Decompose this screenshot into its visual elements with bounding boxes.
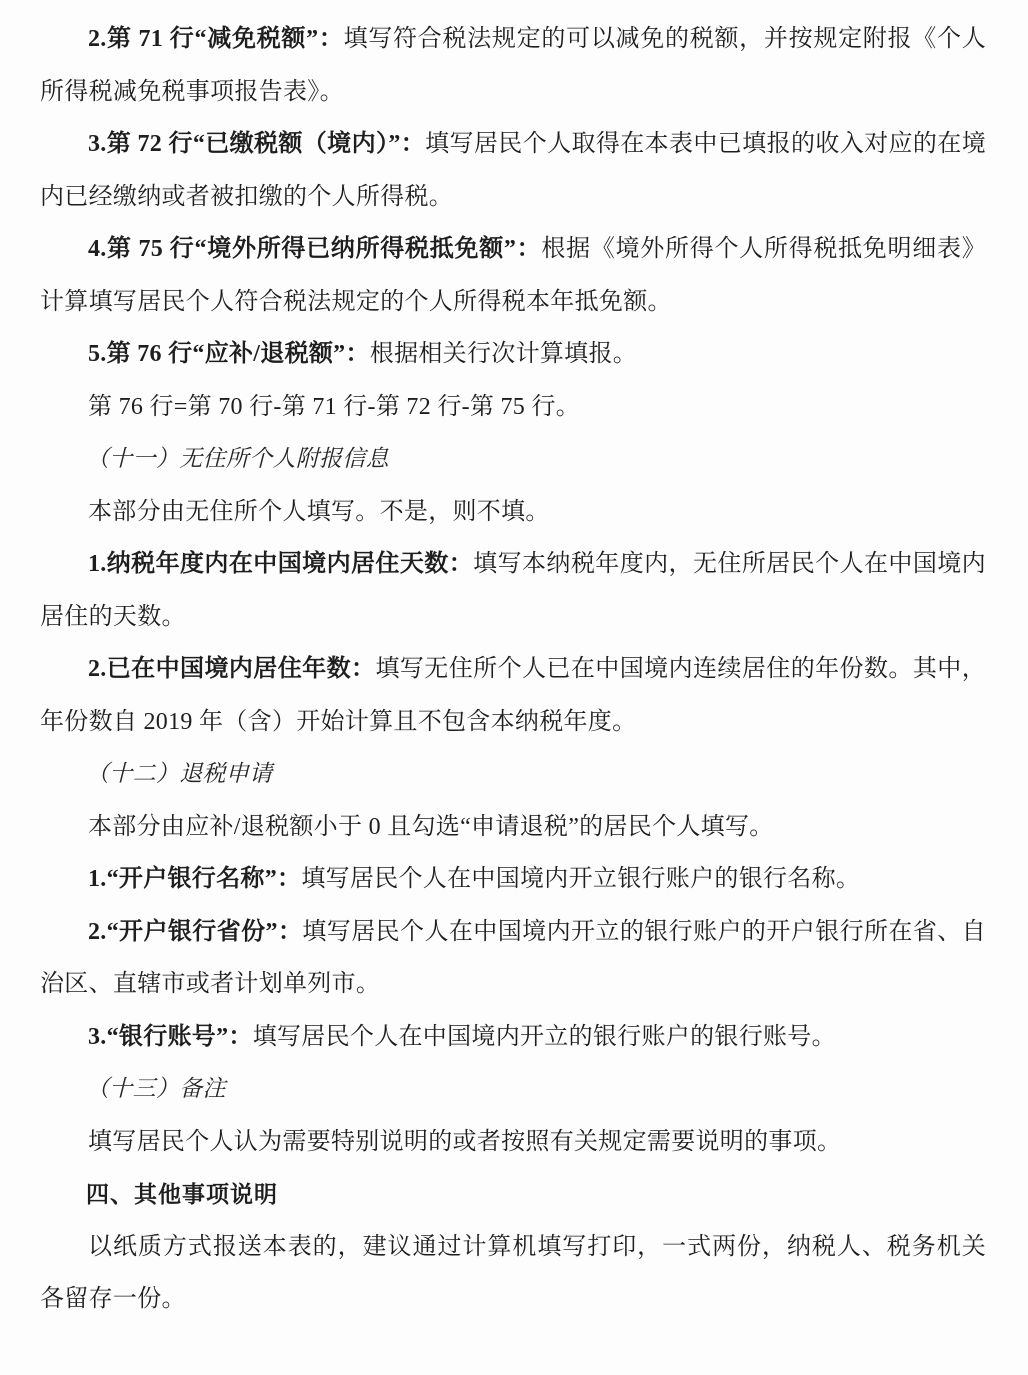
paragraph: （十三）备注 [40, 1063, 986, 1116]
paragraph: 四、其他事项说明 [40, 1168, 986, 1221]
paragraph: 2.已在中国境内居住年数：填写无住所个人已在中国境内连续居住的年份数。其中，年份… [40, 643, 986, 748]
paragraph: 5.第 76 行“应补/退税额”：根据相关行次计算填报。 [40, 328, 986, 381]
text-segment: 1.纳税年度内在中国境内居住天数： [88, 551, 473, 577]
paragraph: 2.“开户银行省份”：填写居民个人在中国境内开立的银行账户的开户银行所在省、自治… [40, 906, 986, 1011]
text-segment: （十二）退税申请 [86, 761, 272, 786]
text-segment: 填写居民个人在中国境内开立银行账户的银行名称。 [301, 866, 860, 892]
paragraph: 1.纳税年度内在中国境内居住天数：填写本纳税年度内，无住所居民个人在中国境内居住… [40, 538, 986, 643]
text-segment: （十三）备注 [86, 1076, 226, 1101]
text-segment: 填写居民个人在中国境内开立的银行账户的银行账号。 [253, 1024, 836, 1050]
text-segment: 2.已在中国境内居住年数： [88, 656, 375, 682]
text-segment: 本部分由应补/退税额小于 0 且勾选“申请退税”的居民个人填写。 [88, 814, 774, 840]
text-segment: 2.“开户银行省份”： [88, 919, 302, 945]
text-segment: 本部分由无住所个人填写。不是，则不填。 [88, 499, 550, 525]
text-segment: 四、其他事项说明 [86, 1181, 278, 1207]
document-page: 2.第 71 行“减免税额”：填写符合税法规定的可以减免的税额，并按规定附报《个… [0, 0, 1028, 1375]
paragraph: 填写居民个人认为需要特别说明的或者按照有关规定需要说明的事项。 [40, 1116, 986, 1169]
paragraph: 2.第 71 行“减免税额”：填写符合税法规定的可以减免的税额，并按规定附报《个… [40, 13, 986, 118]
paragraph: 本部分由无住所个人填写。不是，则不填。 [40, 486, 986, 539]
paragraph: 4.第 75 行“境外所得已纳所得税抵免额”：根据《境外所得个人所得税抵免明细表… [40, 223, 986, 328]
text-segment: 填写居民个人认为需要特别说明的或者按照有关规定需要说明的事项。 [88, 1129, 841, 1155]
document-body: 2.第 71 行“减免税额”：填写符合税法规定的可以减免的税额，并按规定附报《个… [40, 13, 986, 1326]
paragraph: 本部分由应补/退税额小于 0 且勾选“申请退税”的居民个人填写。 [40, 801, 986, 854]
text-segment: 以纸质方式报送本表的，建议通过计算机填写打印，一式两份，纳税人、税务机关各留存一… [40, 1234, 986, 1313]
text-segment: 1.“开户银行名称”： [88, 866, 301, 892]
text-segment: 第 76 行=第 70 行-第 71 行-第 72 行-第 75 行。 [88, 394, 580, 420]
paragraph: （十一）无住所个人附报信息 [40, 433, 986, 486]
text-segment: 3.第 72 行“已缴税额（境内）”： [88, 131, 425, 157]
text-segment: 3.“银行账号”： [88, 1024, 253, 1050]
paragraph: 以纸质方式报送本表的，建议通过计算机填写打印，一式两份，纳税人、税务机关各留存一… [40, 1221, 986, 1326]
text-segment: （十一）无住所个人附报信息 [86, 446, 389, 471]
text-segment: 4.第 75 行“境外所得已纳所得税抵免额”： [88, 236, 541, 262]
paragraph: 第 76 行=第 70 行-第 71 行-第 72 行-第 75 行。 [40, 381, 986, 434]
paragraph: 3.“银行账号”：填写居民个人在中国境内开立的银行账户的银行账号。 [40, 1011, 986, 1064]
text-segment: 5.第 76 行“应补/退税额”： [88, 341, 370, 367]
paragraph: 3.第 72 行“已缴税额（境内）”：填写居民个人取得在本表中已填报的收入对应的… [40, 118, 986, 223]
paragraph: （十二）退税申请 [40, 748, 986, 801]
text-segment: 2.第 71 行“减免税额”： [88, 26, 344, 52]
text-segment: 根据相关行次计算填报。 [370, 341, 637, 367]
paragraph: 1.“开户银行名称”：填写居民个人在中国境内开立银行账户的银行名称。 [40, 853, 986, 906]
